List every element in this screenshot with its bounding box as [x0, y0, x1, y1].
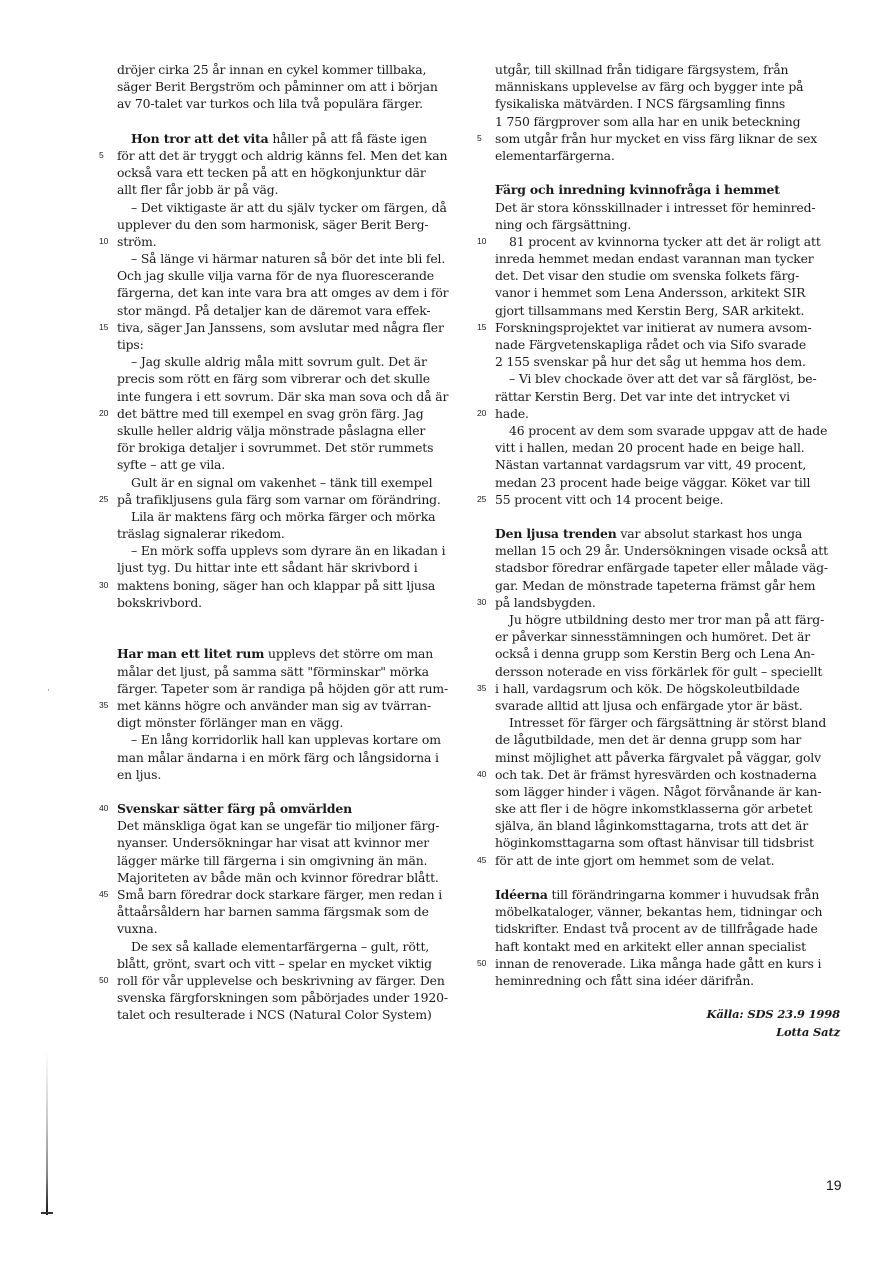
- text-line: haft kontakt med en arkitekt eller annan…: [495, 938, 840, 955]
- line-text: människans upplevelse av färg och bygger…: [495, 79, 803, 94]
- line-text: och tak. Det är främst hyresvärden och k…: [495, 767, 817, 782]
- text-line: 45Små barn föredrar dock starkare färger…: [117, 886, 462, 903]
- line-text: Lila är maktens färg och mörka färger oc…: [131, 509, 435, 524]
- text-line: vuxna.: [117, 920, 462, 937]
- line-text: färgerna, det kan inte vara bra att omge…: [117, 285, 448, 300]
- text-line: nade Färgvetenskapliga rådet och via Sif…: [495, 336, 840, 353]
- line-text: – Vi blev chockade över att det var så f…: [509, 371, 817, 386]
- text-line: 5för att det är tryggt och aldrig känns …: [117, 147, 462, 164]
- line-text: dersson noterade en viss förkärlek för g…: [495, 664, 822, 679]
- text-line: säger Berit Bergström och påminner om at…: [117, 78, 462, 95]
- line-text: Det är stora könsskillnader i intresset …: [495, 200, 815, 215]
- lead-in-bold: Hon tror att det vita: [131, 131, 269, 146]
- line-text: det bättre med till exempel en svag grön…: [117, 406, 424, 421]
- line-number: 35: [477, 680, 486, 697]
- text-line: Har man ett litet rum upplevs det större…: [117, 645, 462, 662]
- line-number: 50: [99, 972, 108, 989]
- line-text: Forskningsprojektet var initierat av num…: [495, 320, 812, 335]
- line-text: – En mörk soffa upplevs som dyrare än en…: [131, 543, 445, 558]
- text-line: lägger märke till färgerna i sin omgivni…: [117, 852, 462, 869]
- line-text: roll för vår upplevelse och beskrivning …: [117, 973, 445, 988]
- line-number: 15: [477, 319, 486, 336]
- line-text: av 70-talet var turkos och lila två popu…: [117, 96, 423, 111]
- line-text: tidskrifter. Endast två procent av de ti…: [495, 921, 818, 936]
- line-number: 40: [99, 800, 108, 817]
- text-line: – Det viktigaste är att du själv tycker …: [117, 199, 462, 216]
- line-text: maktens boning, säger han och klappar på…: [117, 578, 435, 593]
- text-line: Idéerna till förändringarna kommer i huv…: [495, 886, 840, 903]
- line-number: 45: [99, 886, 108, 903]
- paragraph-gap: [117, 783, 462, 800]
- text-line: Och jag skulle vilja varna för de nya fl…: [117, 267, 462, 284]
- source-text: Lotta Satz: [776, 1024, 840, 1041]
- text-line: ske att fler i de högre inkomstklasserna…: [495, 800, 840, 817]
- paragraph-gap: [117, 628, 462, 645]
- text-line: 2 155 svenskar på hur det såg ut hemma h…: [495, 353, 840, 370]
- line-text: elementarfärgerna.: [495, 148, 615, 163]
- line-text: inte fungera i ett sovrum. Där ska man s…: [117, 389, 448, 404]
- heading-text: Färg och inredning kvinnofråga i hemmet: [495, 182, 780, 197]
- line-text: 46 procent av dem som svarade uppgav att…: [509, 423, 827, 438]
- binding-edge: [46, 1050, 48, 1215]
- line-number: 50: [477, 955, 486, 972]
- text-line: minst möjlighet att påverka färgvalet på…: [495, 749, 840, 766]
- text-line: 30maktens boning, säger han och klappar …: [117, 577, 462, 594]
- margin-mark: ʾ: [47, 688, 50, 698]
- line-text: inreda hemmet medan endast varannan man …: [495, 251, 814, 266]
- text-line: De sex så kallade elementarfärgerna – gu…: [117, 938, 462, 955]
- line-text: i hall, vardagsrum och kök. De högskoleu…: [495, 681, 800, 696]
- text-line: Den ljusa trenden var absolut starkast h…: [495, 525, 840, 542]
- text-line: Det mänskliga ögat kan se ungefär tio mi…: [117, 817, 462, 834]
- text-line: målar det ljust, på samma sätt "förminsk…: [117, 663, 462, 680]
- line-number: 15: [99, 319, 108, 336]
- text-line: ljust tyg. Du hittar inte ett sådant här…: [117, 559, 462, 576]
- text-line: själva, än bland låginkomsttagarna, trot…: [495, 817, 840, 834]
- text-line: digt mönster förlänger man en vägg.: [117, 714, 462, 731]
- text-line: medan 23 procent hade beige väggar. Köke…: [495, 474, 840, 491]
- line-number: 20: [99, 405, 108, 422]
- text-line: 50innan de renoverade. Lika många hade g…: [495, 955, 840, 972]
- paragraph-gap: [495, 508, 840, 525]
- line-text: vitt i hallen, medan 20 procent hade en …: [495, 440, 805, 455]
- line-text: som lägger hinder i vägen. Något förvåna…: [495, 784, 821, 799]
- line-text: också vara ett tecken på att en högkonju…: [117, 165, 426, 180]
- text-line: inte fungera i ett sovrum. Där ska man s…: [117, 388, 462, 405]
- line-text: allt fler får jobb är på väg.: [117, 182, 278, 197]
- section-heading: Färg och inredning kvinnofråga i hemmet: [495, 181, 840, 198]
- paragraph-gap: [495, 989, 840, 1006]
- line-text: skulle heller aldrig välja mönstrade pås…: [117, 423, 425, 438]
- text-line: färgerna, det kan inte vara bra att omge…: [117, 284, 462, 301]
- text-line: – Så länge vi härmar naturen så bör det …: [117, 250, 462, 267]
- line-number: 10: [477, 233, 486, 250]
- line-text: nade Färgvetenskapliga rådet och via Sif…: [495, 337, 806, 352]
- text-line: de lågutbildade, men det är denna grupp …: [495, 731, 840, 748]
- line-text: utgår, till skillnad från tidigare färgs…: [495, 62, 788, 77]
- line-text: heminredning och fått sina idéer därifrå…: [495, 973, 754, 988]
- page-number: 19: [826, 1177, 842, 1193]
- line-text: tips:: [117, 337, 144, 352]
- text-line: 20det bättre med till exempel en svag gr…: [117, 405, 462, 422]
- line-text: gar. Medan de mönstrade tapeterna främst…: [495, 578, 815, 593]
- text-line: man målar ändarna i en mörk färg och lån…: [117, 749, 462, 766]
- text-line: stor mängd. På detaljer kan de däremot v…: [117, 302, 462, 319]
- text-line: gjort tillsammans med Kerstin Berg, SAR …: [495, 302, 840, 319]
- text-line: vitt i hallen, medan 20 procent hade en …: [495, 439, 840, 456]
- text-line: 15tiva, säger Jan Janssens, som avslutar…: [117, 319, 462, 336]
- text-line: tips:: [117, 336, 462, 353]
- text-line: Det är stora könsskillnader i intresset …: [495, 199, 840, 216]
- line-text: dröjer cirka 25 år innan en cykel kommer…: [117, 62, 426, 77]
- text-line: 2555 procent vitt och 14 procent beige.: [495, 491, 840, 508]
- line-text: Gult är en signal om vakenhet – tänk til…: [131, 475, 432, 490]
- line-text: innan de renoverade. Lika många hade gåt…: [495, 956, 821, 971]
- text-line: talet och resulterade i NCS (Natural Col…: [117, 1006, 462, 1023]
- line-text: upplevs det större om man: [264, 646, 433, 661]
- line-number: 25: [99, 491, 108, 508]
- text-line: fysikaliska mätvärden. I NCS färgsamling…: [495, 95, 840, 112]
- line-text: met känns högre och använder man sig av …: [117, 698, 431, 713]
- text-line: 46 procent av dem som svarade uppgav att…: [495, 422, 840, 439]
- text-line: heminredning och fått sina idéer därifrå…: [495, 972, 840, 989]
- line-text: till förändringarna kommer i huvudsak fr…: [548, 887, 819, 902]
- source-text: Källa: SDS 23.9 1998: [707, 1006, 841, 1023]
- text-line: er påverkar sinnesstämningen och humöret…: [495, 628, 840, 645]
- line-text: för att de inte gjort om hemmet som de v…: [495, 853, 774, 868]
- line-text: – En lång korridorlik hall kan upplevas …: [131, 732, 441, 747]
- text-line: Intresset för färger och färgsättning är…: [495, 714, 840, 731]
- line-text: ljust tyg. Du hittar inte ett sådant här…: [117, 560, 418, 575]
- text-line: dersson noterade en viss förkärlek för g…: [495, 663, 840, 680]
- line-text: Nästan vartannat vardagsrum var vitt, 49…: [495, 457, 806, 472]
- text-line: nyanser. Undersökningar har visat att kv…: [117, 834, 462, 851]
- text-line: 20hade.: [495, 405, 840, 422]
- binding-edge-foot: [41, 1212, 53, 1214]
- heading-text: Svenskar sätter färg på omvärlden: [117, 801, 352, 816]
- text-line: för brokiga detaljer i sovrummet. Det st…: [117, 439, 462, 456]
- line-text: svenska färgforskningen som påbörjades u…: [117, 990, 448, 1005]
- text-line: 15Forskningsprojektet var initierat av n…: [495, 319, 840, 336]
- text-line: inreda hemmet medan endast varannan man …: [495, 250, 840, 267]
- line-text: digt mönster förlänger man en vägg.: [117, 715, 343, 730]
- lead-in-bold: Den ljusa trenden: [495, 526, 617, 541]
- line-text: – Jag skulle aldrig måla mitt sovrum gul…: [131, 354, 427, 369]
- line-number: 30: [99, 577, 108, 594]
- text-line: färger. Tapeter som är randiga på höjden…: [117, 680, 462, 697]
- line-number: 10: [99, 233, 108, 250]
- text-line: det. Det visar den studie om svenska fol…: [495, 267, 840, 284]
- text-line: 45för att de inte gjort om hemmet som de…: [495, 852, 840, 869]
- line-text: talet och resulterade i NCS (Natural Col…: [117, 1007, 432, 1022]
- line-text: Små barn föredrar dock starkare färger, …: [117, 887, 442, 902]
- text-line: också vara ett tecken på att en högkonju…: [117, 164, 462, 181]
- text-line: också i denna grupp som Kerstin Berg och…: [495, 645, 840, 662]
- text-line: upplever du den som harmonisk, säger Ber…: [117, 216, 462, 233]
- text-line: stadsbor föredrar enfärgade tapeter elle…: [495, 559, 840, 576]
- text-line: möbelkataloger, vänner, bekantas hem, ti…: [495, 903, 840, 920]
- text-line: träslag signalerar rikedom.: [117, 525, 462, 542]
- line-text: stadsbor föredrar enfärgade tapeter elle…: [495, 560, 828, 575]
- text-line: en ljus.: [117, 766, 462, 783]
- text-line: svenska färgforskningen som påbörjades u…: [117, 989, 462, 1006]
- text-line: dröjer cirka 25 år innan en cykel kommer…: [117, 61, 462, 78]
- line-text: 2 155 svenskar på hur det såg ut hemma h…: [495, 354, 806, 369]
- lead-in-bold: Har man ett litet rum: [117, 646, 264, 661]
- text-line: – En mörk soffa upplevs som dyrare än en…: [117, 542, 462, 559]
- text-line: 1081 procent av kvinnorna tycker att det…: [495, 233, 840, 250]
- text-line: – Vi blev chockade över att det var så f…: [495, 370, 840, 387]
- paragraph-gap: [117, 113, 462, 130]
- text-line: 1 750 färgprover som alla har en unik be…: [495, 113, 840, 130]
- line-text: ning och färgsättning.: [495, 217, 631, 232]
- text-line: 35met känns högre och använder man sig a…: [117, 697, 462, 714]
- line-text: själva, än bland låginkomsttagarna, trot…: [495, 818, 808, 833]
- text-line: 35i hall, vardagsrum och kök. De högskol…: [495, 680, 840, 697]
- text-line: 5som utgår från hur mycket en viss färg …: [495, 130, 840, 147]
- line-text: blått, grönt, svart och vitt – spelar en…: [117, 956, 432, 971]
- line-text: vanor i hemmet som Lena Andersson, arkit…: [495, 285, 805, 300]
- line-text: på landsbygden.: [495, 595, 596, 610]
- line-number: 35: [99, 697, 108, 714]
- line-text: bokskrivbord.: [117, 595, 202, 610]
- line-text: De sex så kallade elementarfärgerna – gu…: [131, 939, 429, 954]
- line-text: upplever du den som harmonisk, säger Ber…: [117, 217, 428, 232]
- text-line: Nästan vartannat vardagsrum var vitt, 49…: [495, 456, 840, 473]
- line-text: nyanser. Undersökningar har visat att kv…: [117, 835, 429, 850]
- line-text: – Så länge vi härmar naturen så bör det …: [131, 251, 445, 266]
- text-line: åttaårsåldern har barnen samma färgsmak …: [117, 903, 462, 920]
- source-credit: Källa: SDS 23.9 1998: [495, 1006, 840, 1023]
- line-text: de lågutbildade, men det är denna grupp …: [495, 732, 801, 747]
- text-line: 25på trafikljusens gula färg som varnar …: [117, 491, 462, 508]
- line-number: 40: [477, 766, 486, 783]
- line-text: Intresset för färger och färgsättning är…: [509, 715, 826, 730]
- paragraph-gap: [495, 164, 840, 181]
- text-line: tidskrifter. Endast två procent av de ti…: [495, 920, 840, 937]
- paragraph-gap: [117, 611, 462, 628]
- text-line: mellan 15 och 29 år. Undersökningen visa…: [495, 542, 840, 559]
- line-text: det. Det visar den studie om svenska fol…: [495, 268, 799, 283]
- right-column: utgår, till skillnad från tidigare färgs…: [495, 61, 840, 1041]
- line-text: Det mänskliga ögat kan se ungefär tio mi…: [117, 818, 439, 833]
- line-text: precis som rött en färg som vibrerar och…: [117, 371, 430, 386]
- text-line: 10ström.: [117, 233, 462, 250]
- line-text: 1 750 färgprover som alla har en unik be…: [495, 114, 800, 129]
- text-line: elementarfärgerna.: [495, 147, 840, 164]
- line-text: ske att fler i de högre inkomstklasserna…: [495, 801, 812, 816]
- line-text: Majoriteten av både män och kvinnor före…: [117, 870, 439, 885]
- line-text: målar det ljust, på samma sätt "förminsk…: [117, 664, 429, 679]
- text-line: gar. Medan de mönstrade tapeterna främst…: [495, 577, 840, 594]
- text-line: bokskrivbord.: [117, 594, 462, 611]
- source-credit: Lotta Satz: [495, 1024, 840, 1041]
- line-text: syfte – att ge vila.: [117, 457, 225, 472]
- text-line: höginkomsttagarna som oftast hänvisar ti…: [495, 834, 840, 851]
- text-line: – Jag skulle aldrig måla mitt sovrum gul…: [117, 353, 462, 370]
- line-text: rättar Kerstin Berg. Det var inte det in…: [495, 389, 790, 404]
- text-line: 40och tak. Det är främst hyresvärden och…: [495, 766, 840, 783]
- text-line: precis som rött en färg som vibrerar och…: [117, 370, 462, 387]
- line-text: också i denna grupp som Kerstin Berg och…: [495, 646, 815, 661]
- text-line: ning och färgsättning.: [495, 216, 840, 233]
- line-text: tiva, säger Jan Janssens, som avslutar m…: [117, 320, 444, 335]
- text-line: Gult är en signal om vakenhet – tänk til…: [117, 474, 462, 491]
- line-text: som utgår från hur mycket en viss färg l…: [495, 131, 817, 146]
- line-number: 30: [477, 594, 486, 611]
- section-heading: 40Svenskar sätter färg på omvärlden: [117, 800, 462, 817]
- line-text: lägger märke till färgerna i sin omgivni…: [117, 853, 427, 868]
- line-number: 25: [477, 491, 486, 508]
- line-number: 5: [477, 130, 482, 147]
- line-text: minst möjlighet att påverka färgvalet på…: [495, 750, 821, 765]
- left-column: dröjer cirka 25 år innan en cykel kommer…: [117, 61, 462, 1024]
- line-text: möbelkataloger, vänner, bekantas hem, ti…: [495, 904, 822, 919]
- text-line: svarade alltid att ljusa och enfärgade y…: [495, 697, 840, 714]
- text-line: människans upplevelse av färg och bygger…: [495, 78, 840, 95]
- line-text: – Det viktigaste är att du själv tycker …: [131, 200, 447, 215]
- text-line: av 70-talet var turkos och lila två popu…: [117, 95, 462, 112]
- line-number: 20: [477, 405, 486, 422]
- line-text: Ju högre utbildning desto mer tror man p…: [509, 612, 824, 627]
- line-text: Och jag skulle vilja varna för de nya fl…: [117, 268, 434, 283]
- text-line: allt fler får jobb är på väg.: [117, 181, 462, 198]
- line-text: 55 procent vitt och 14 procent beige.: [495, 492, 723, 507]
- line-text: ström.: [117, 234, 157, 249]
- line-text: haft kontakt med en arkitekt eller annan…: [495, 939, 806, 954]
- line-text: var absolut starkast hos unga: [617, 526, 803, 541]
- line-text: svarade alltid att ljusa och enfärgade y…: [495, 698, 803, 713]
- line-text: mellan 15 och 29 år. Undersökningen visa…: [495, 543, 828, 558]
- text-line: Hon tror att det vita håller på att få f…: [117, 130, 462, 147]
- line-text: fysikaliska mätvärden. I NCS färgsamling…: [495, 96, 785, 111]
- text-line: som lägger hinder i vägen. Något förvåna…: [495, 783, 840, 800]
- text-line: 30på landsbygden.: [495, 594, 840, 611]
- text-line: utgår, till skillnad från tidigare färgs…: [495, 61, 840, 78]
- line-text: på trafikljusens gula färg som varnar om…: [117, 492, 441, 507]
- line-text: hade.: [495, 406, 529, 421]
- line-text: träslag signalerar rikedom.: [117, 526, 285, 541]
- text-line: – En lång korridorlik hall kan upplevas …: [117, 731, 462, 748]
- line-text: er påverkar sinnesstämningen och humöret…: [495, 629, 810, 644]
- text-line: rättar Kerstin Berg. Det var inte det in…: [495, 388, 840, 405]
- text-line: blått, grönt, svart och vitt – spelar en…: [117, 955, 462, 972]
- text-line: Lila är maktens färg och mörka färger oc…: [117, 508, 462, 525]
- line-text: gjort tillsammans med Kerstin Berg, SAR …: [495, 303, 804, 318]
- text-line: skulle heller aldrig välja mönstrade pås…: [117, 422, 462, 439]
- text-line: syfte – att ge vila.: [117, 456, 462, 473]
- line-text: 81 procent av kvinnorna tycker att det ä…: [509, 234, 821, 249]
- line-text: stor mängd. På detaljer kan de däremot v…: [117, 303, 430, 318]
- line-number: 5: [99, 147, 104, 164]
- line-text: för att det är tryggt och aldrig känns f…: [117, 148, 447, 163]
- text-line: vanor i hemmet som Lena Andersson, arkit…: [495, 284, 840, 301]
- line-text: säger Berit Bergström och påminner om at…: [117, 79, 438, 94]
- paragraph-gap: [495, 869, 840, 886]
- line-number: 45: [477, 852, 486, 869]
- line-text: medan 23 procent hade beige väggar. Köke…: [495, 475, 810, 490]
- line-text: håller på att få fäste igen: [269, 131, 427, 146]
- text-line: 50roll för vår upplevelse och beskrivnin…: [117, 972, 462, 989]
- line-text: för brokiga detaljer i sovrummet. Det st…: [117, 440, 433, 455]
- text-line: Ju högre utbildning desto mer tror man p…: [495, 611, 840, 628]
- line-text: vuxna.: [117, 921, 157, 936]
- lead-in-bold: Idéerna: [495, 887, 548, 902]
- line-text: färger. Tapeter som är randiga på höjden…: [117, 681, 448, 696]
- line-text: en ljus.: [117, 767, 161, 782]
- line-text: man målar ändarna i en mörk färg och lån…: [117, 750, 439, 765]
- line-text: höginkomsttagarna som oftast hänvisar ti…: [495, 835, 814, 850]
- line-text: åttaårsåldern har barnen samma färgsmak …: [117, 904, 429, 919]
- text-line: Majoriteten av både män och kvinnor före…: [117, 869, 462, 886]
